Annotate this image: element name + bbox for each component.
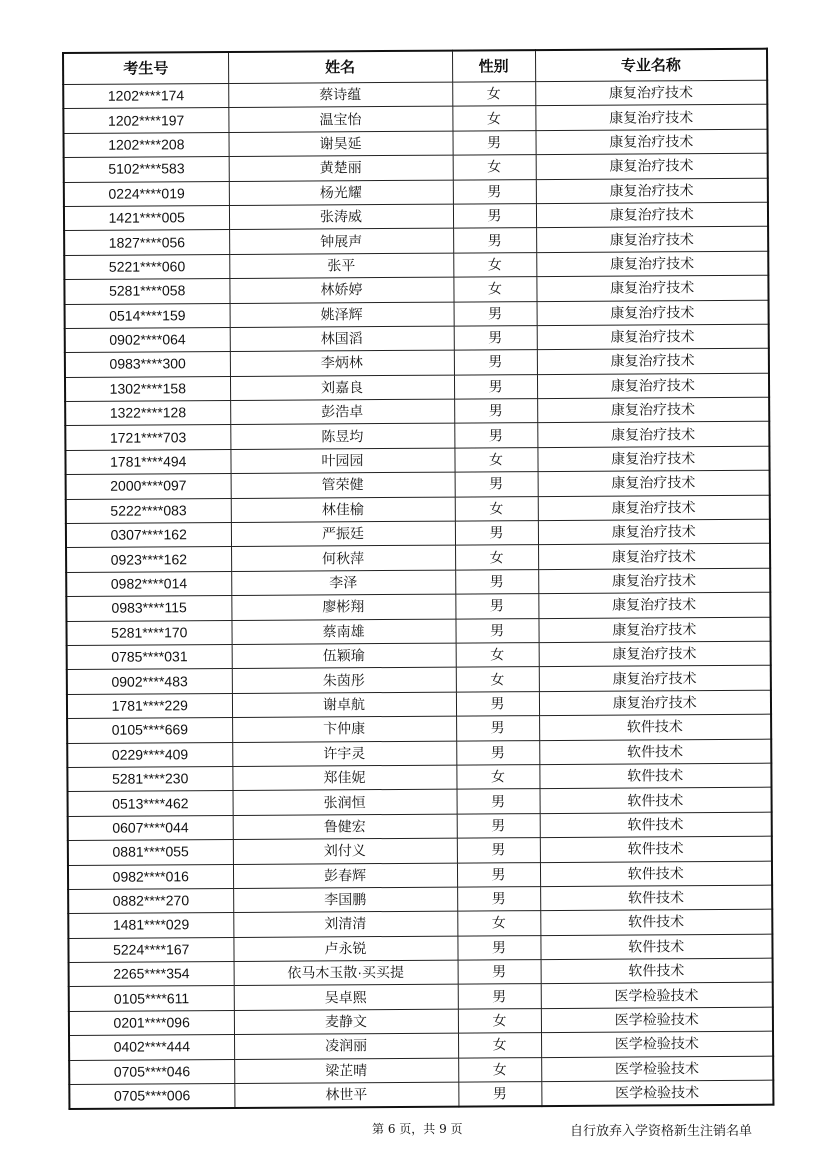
table-header-row: 考生号 姓名 性别 专业名称 [63,49,767,85]
exam-number-cell: 1202****174 [63,83,228,108]
gender-cell: 女 [455,496,538,521]
name-cell: 林佳榆 [231,497,455,523]
major-cell: 康复治疗技术 [535,80,767,106]
exam-number-cell: 5221****060 [64,254,229,279]
name-cell: 伍颖瑜 [232,643,456,669]
gender-cell: 男 [455,569,538,594]
name-cell: 刘嘉良 [230,375,454,401]
name-cell: 林世平 [234,1082,458,1108]
gender-cell: 男 [454,374,537,399]
name-cell: 严振廷 [231,521,455,547]
major-cell: 软件技术 [539,739,771,765]
name-cell: 鲁健宏 [233,814,457,840]
document-title: 自行放弃入学资格新生注销名单 [570,1120,752,1139]
exam-number-cell: 0983****300 [65,352,230,377]
exam-number-cell: 0923****162 [66,547,231,572]
major-cell: 软件技术 [539,763,771,789]
name-cell: 林国滔 [230,326,454,352]
major-cell: 康复治疗技术 [538,617,770,643]
gender-cell: 男 [454,350,537,375]
gender-cell: 女 [456,765,539,790]
major-cell: 软件技术 [540,885,772,911]
major-cell: 康复治疗技术 [538,568,770,594]
name-cell: 依马木玉散·买买提 [234,960,458,986]
major-cell: 康复治疗技术 [536,251,768,277]
gender-cell: 男 [458,960,541,985]
name-cell: 凌润丽 [234,1033,458,1059]
gender-cell: 男 [454,326,537,351]
name-cell: 姚泽辉 [230,302,454,328]
major-cell: 软件技术 [540,812,772,838]
major-cell: 康复治疗技术 [536,202,768,228]
name-cell: 麦静文 [234,1009,458,1035]
gender-cell: 男 [456,691,539,716]
name-cell: 叶园园 [230,448,454,474]
major-cell: 康复治疗技术 [537,422,769,448]
gender-cell: 男 [455,472,538,497]
gender-cell: 女 [453,155,536,180]
gender-cell: 男 [457,789,540,814]
gender-cell: 男 [456,740,539,765]
major-cell: 医学检验技术 [541,1031,773,1057]
name-cell: 陈昱均 [230,424,454,450]
name-cell: 温宝怡 [228,107,452,133]
name-cell: 刘清清 [233,911,457,937]
name-cell: 彭浩卓 [230,399,454,425]
name-cell: 林娇婷 [229,277,453,303]
major-cell: 康复治疗技术 [536,178,768,204]
exam-number-cell: 0785****031 [67,644,232,669]
gender-cell: 男 [455,618,538,643]
page-footer: 第 6 页，共 9 页 自行放弃入学资格新生注销名单 [0,1120,827,1140]
major-cell: 医学检验技术 [541,1056,773,1082]
gender-cell: 男 [453,179,536,204]
table-body: 1202****174蔡诗蕴女康复治疗技术1202****197温宝怡女康复治疗… [63,80,773,1109]
exam-number-cell: 5281****170 [66,620,231,645]
exam-number-cell: 0982****014 [66,571,231,596]
name-cell: 李国鹏 [233,887,457,913]
major-cell: 康复治疗技术 [538,470,770,496]
gender-cell: 男 [458,1082,541,1107]
major-cell: 康复治疗技术 [539,641,771,667]
major-cell: 软件技术 [540,934,772,960]
gender-cell: 男 [457,935,540,960]
page-number: 第 6 页，共 9 页 [372,1120,463,1137]
exam-number-cell: 1421****005 [64,205,229,230]
gender-cell: 男 [455,594,538,619]
name-cell: 黄楚丽 [229,155,453,181]
exam-number-cell: 0105****611 [69,986,234,1011]
exam-number-cell: 1721****703 [65,425,230,450]
exam-number-cell: 1202****208 [63,132,228,157]
gender-cell: 女 [452,82,535,107]
name-cell: 李泽 [231,570,455,596]
major-cell: 软件技术 [540,909,772,935]
major-cell: 康复治疗技术 [538,592,770,618]
gender-cell: 女 [458,1057,541,1082]
exam-number-cell: 5281****058 [64,279,229,304]
major-cell: 软件技术 [541,958,773,984]
gender-cell: 男 [452,130,535,155]
major-cell: 软件技术 [540,836,772,862]
major-cell: 医学检验技术 [541,983,773,1009]
major-cell: 康复治疗技术 [539,690,771,716]
exam-number-cell: 0902****483 [67,669,232,694]
name-cell: 张润恒 [233,789,457,815]
major-cell: 康复治疗技术 [535,129,767,155]
major-cell: 康复治疗技术 [537,373,769,399]
exam-number-cell: 2265****354 [69,962,234,987]
exam-number-cell: 1827****056 [64,230,229,255]
exam-number-cell: 1781****494 [65,449,230,474]
name-cell: 谢昊延 [228,131,452,157]
gender-cell: 女 [458,1008,541,1033]
exam-number-cell: 0513****462 [68,791,233,816]
gender-cell: 女 [458,1033,541,1058]
exam-number-cell: 5224****167 [68,937,233,962]
exam-number-cell: 5102****583 [64,157,229,182]
gender-cell: 男 [454,423,537,448]
name-cell: 许宇灵 [232,741,456,767]
name-cell: 杨光耀 [229,180,453,206]
gender-cell: 男 [454,301,537,326]
gender-cell: 女 [455,545,538,570]
major-cell: 康复治疗技术 [537,300,769,326]
major-cell: 康复治疗技术 [538,495,770,521]
name-cell: 李炳林 [230,350,454,376]
name-cell: 蔡诗蕴 [228,82,452,108]
exam-number-cell: 0881****055 [68,840,233,865]
major-cell: 康复治疗技术 [538,519,770,545]
major-cell: 康复治疗技术 [536,275,768,301]
exam-number-cell: 0983****115 [66,596,231,621]
exam-number-cell: 0705****006 [69,1083,234,1109]
exam-number-cell: 0402****444 [69,1035,234,1060]
gender-cell: 女 [456,667,539,692]
name-cell: 彭春辉 [233,863,457,889]
exam-number-cell: 0224****019 [64,181,229,206]
major-cell: 医学检验技术 [541,1007,773,1033]
name-cell: 何秋萍 [231,546,455,572]
exam-number-cell: 1202****197 [63,108,228,133]
exam-number-cell: 1481****029 [68,913,233,938]
gender-cell: 女 [453,277,536,302]
gender-cell: 男 [453,204,536,229]
name-cell: 张平 [229,253,453,279]
exam-number-cell: 0705****046 [69,1059,234,1084]
gender-cell: 女 [456,643,539,668]
exam-number-cell: 0607****044 [68,815,233,840]
major-cell: 康复治疗技术 [539,666,771,692]
name-cell: 朱茵彤 [232,667,456,693]
name-cell: 郑佳妮 [232,765,456,791]
name-cell: 张涛威 [229,204,453,230]
exam-number-cell: 1781****229 [67,693,232,718]
major-cell: 康复治疗技术 [537,348,769,374]
major-cell: 康复治疗技术 [537,446,769,472]
exam-number-cell: 5281****230 [67,766,232,791]
header-name: 姓名 [228,51,452,84]
exam-number-cell: 0201****096 [69,1010,234,1035]
gender-cell: 女 [453,252,536,277]
gender-cell: 女 [457,911,540,936]
roster-sheet: 考生号 姓名 性别 专业名称 1202****174蔡诗蕴女康复治疗技术1202… [62,48,772,1111]
major-cell: 康复治疗技术 [538,544,770,570]
name-cell: 蔡南雄 [231,619,455,645]
major-cell: 康复治疗技术 [536,227,768,253]
major-cell: 康复治疗技术 [535,105,767,131]
exam-number-cell: 5222****083 [66,498,231,523]
gender-cell: 男 [456,716,539,741]
exam-number-cell: 0902****064 [65,327,230,352]
exam-number-cell: 1302****158 [65,376,230,401]
name-cell: 卢永锐 [233,936,457,962]
name-cell: 刘付义 [233,838,457,864]
gender-cell: 男 [457,886,540,911]
exam-number-cell: 0514****159 [65,303,230,328]
major-cell: 软件技术 [540,788,772,814]
name-cell: 梁芷晴 [234,1058,458,1084]
gender-cell: 男 [458,984,541,1009]
gender-cell: 男 [457,862,540,887]
gender-cell: 女 [452,106,535,131]
gender-cell: 男 [457,813,540,838]
major-cell: 康复治疗技术 [537,397,769,423]
gender-cell: 男 [455,521,538,546]
exam-number-cell: 0307****162 [66,523,231,548]
name-cell: 廖彬翔 [231,594,455,620]
gender-cell: 女 [454,447,537,472]
exam-number-cell: 0229****409 [67,742,232,767]
name-cell: 谢卓航 [232,692,456,718]
exam-number-cell: 2000****097 [66,474,231,499]
name-cell: 吴卓熙 [234,985,458,1011]
exam-number-cell: 0982****016 [68,864,233,889]
name-cell: 钟展声 [229,228,453,254]
table-row: 0705****006林世平男医学检验技术 [69,1080,773,1109]
header-gender: 性别 [452,50,535,82]
gender-cell: 男 [453,228,536,253]
major-cell: 软件技术 [539,714,771,740]
gender-cell: 男 [457,838,540,863]
major-cell: 软件技术 [540,861,772,887]
header-exam-number: 考生号 [63,52,228,85]
exam-number-cell: 1322****128 [65,401,230,426]
name-cell: 卞仲康 [232,716,456,742]
exam-number-cell: 0105****669 [67,718,232,743]
major-cell: 医学检验技术 [541,1080,773,1106]
gender-cell: 男 [454,399,537,424]
exam-number-cell: 0882****270 [68,888,233,913]
student-roster-table: 考生号 姓名 性别 专业名称 1202****174蔡诗蕴女康复治疗技术1202… [62,48,774,1111]
name-cell: 管荣健 [231,472,455,498]
header-major: 专业名称 [535,49,767,82]
major-cell: 康复治疗技术 [537,324,769,350]
major-cell: 康复治疗技术 [536,153,768,179]
